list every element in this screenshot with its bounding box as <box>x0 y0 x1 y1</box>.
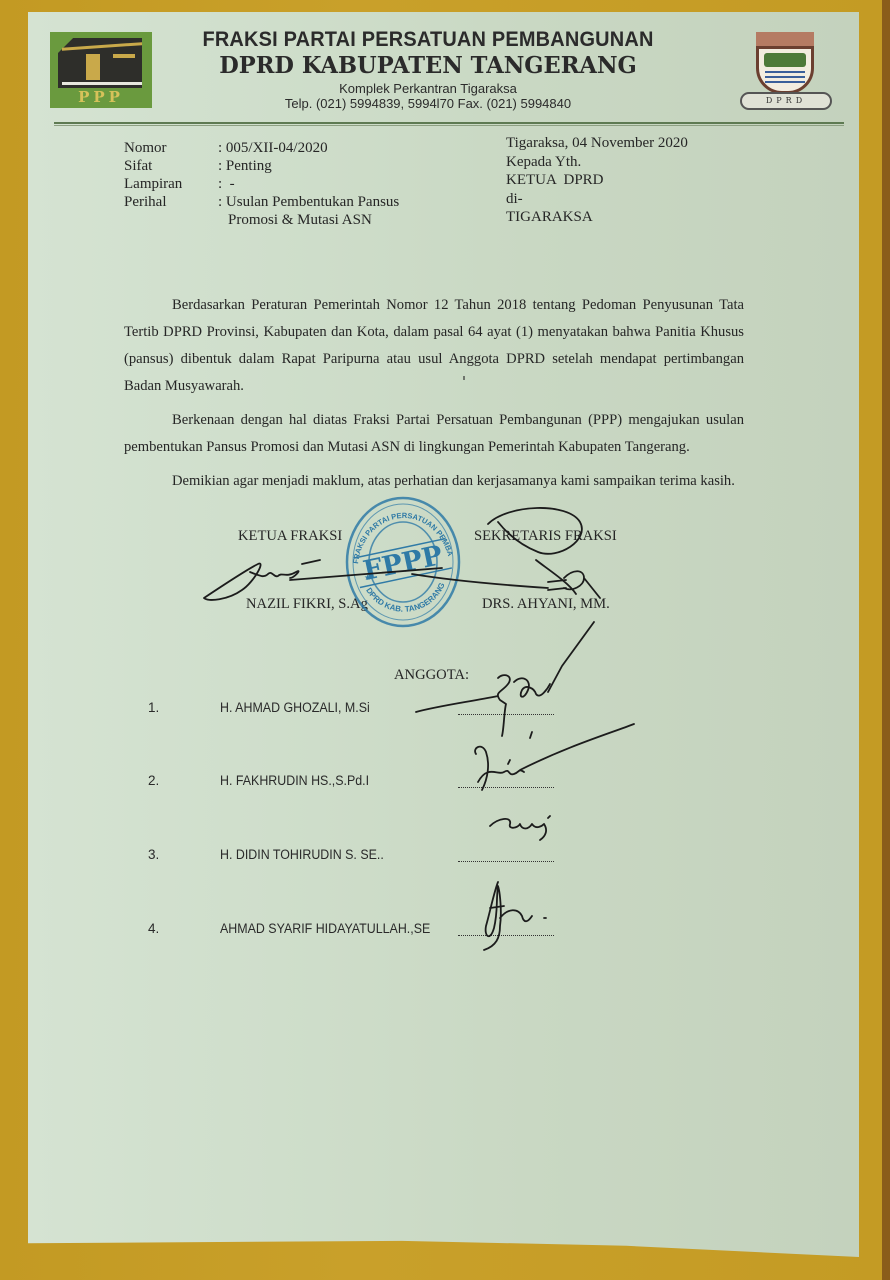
recipient-city: TIGARAKSA <box>506 208 688 227</box>
recipient: KETUA DPRD <box>506 171 688 190</box>
signature-line <box>458 787 554 788</box>
body-paragraph-3: Demikian agar menjadi maklum, atas perha… <box>124 468 744 495</box>
member-number: 1. <box>148 700 159 715</box>
member-name: H. DIDIN TOHIRUDIN S. SE.. <box>220 847 384 862</box>
recipient-address: Tigaraksa, 04 November 2020 Kepada Yth. … <box>506 134 688 227</box>
meta-row-nomor: Nomor : 005/XII-04/2020 <box>124 139 438 157</box>
letter-body: Berdasarkan Peraturan Pemerintah Nomor 1… <box>124 292 744 502</box>
member-number: 3. <box>148 847 159 862</box>
member2-signature-icon <box>475 724 634 790</box>
sekretaris-fraksi-name: DRS. AHYANI, MM. <box>482 596 610 613</box>
meta-value: : Penting <box>218 157 438 175</box>
contact-numbers: Telp. (021) 5994839, 5994l70 Fax. (021) … <box>158 96 698 111</box>
kabupaten-tangerang-crest-icon: DPRD <box>736 28 836 120</box>
letter-meta: Nomor : 005/XII-04/2020 Sifat : Penting … <box>124 139 438 229</box>
meta-label: Lampiran <box>124 175 218 193</box>
signature-line <box>458 714 554 715</box>
perihal-continuation: Promosi & Mutasi ASN <box>124 211 438 229</box>
recipient-di: di- <box>506 190 688 209</box>
institution-name: DPRD KABUPATEN TANGERANG <box>163 52 692 79</box>
member-number: 2. <box>148 773 159 788</box>
letter-page: PPP FRAKSI PARTAI PERSATUAN PEMBANGUNAN … <box>28 12 859 1257</box>
member-number: 4. <box>148 921 159 936</box>
svg-text:★: ★ <box>364 573 371 582</box>
meta-value: : - <box>218 175 438 193</box>
office-address: Komplek Perkantran Tigaraksa <box>158 81 698 96</box>
letterhead-text: FRAKSI PARTAI PERSATUAN PEMBANGUNAN DPRD… <box>158 28 698 111</box>
member-name: H. FAKHRUDIN HS.,S.Pd.I <box>220 773 369 788</box>
signature-line <box>458 935 554 936</box>
meta-label: Perihal <box>124 193 218 211</box>
crest-ribbon-text: DPRD <box>740 92 832 110</box>
member-name: H. AHMAD GHOZALI, M.Si <box>220 700 370 715</box>
place-date: Tigaraksa, 04 November 2020 <box>506 134 688 153</box>
meta-label: Sifat <box>124 157 218 175</box>
meta-label: Nomor <box>124 139 218 157</box>
anggota-heading: ANGGOTA: <box>394 667 469 684</box>
body-paragraph-2: Berkenaan dengan hal diatas Fraksi Parta… <box>124 407 744 461</box>
signature-line <box>458 861 554 862</box>
ketua-fraksi-title: KETUA FRAKSI <box>238 528 342 545</box>
member-name: AHMAD SYARIF HIDAYATULLAH.,SE <box>220 921 430 936</box>
body-paragraph-1: Berdasarkan Peraturan Pemerintah Nomor 1… <box>124 292 744 400</box>
meta-row-sifat: Sifat : Penting <box>124 157 438 175</box>
fppp-stamp-icon: FRAKSI PARTAI PERSATUAN PEMBANGUNAN DPRD… <box>344 494 462 630</box>
ppp-kaaba-logo-icon: PPP <box>50 32 152 108</box>
letterhead-divider <box>54 122 844 124</box>
member3-signature-icon <box>490 816 550 840</box>
sekretaris-fraksi-title: SEKRETARIS FRAKSI <box>474 528 617 545</box>
meta-value: : Usulan Pembentukan Pansus <box>218 193 438 211</box>
letterhead: PPP FRAKSI PARTAI PERSATUAN PEMBANGUNAN … <box>48 28 838 118</box>
ppp-logo-text: PPP <box>50 88 152 106</box>
member4-signature-icon <box>484 882 546 950</box>
letterhead-divider-thin <box>54 125 844 126</box>
stamp-center-text: FPPP <box>361 540 446 587</box>
table-edge <box>882 0 890 1280</box>
organization-name: FRAKSI PARTAI PERSATUAN PEMBANGUNAN <box>172 28 685 52</box>
meta-row-perihal: Perihal : Usulan Pembentukan Pansus <box>124 193 438 211</box>
meta-row-lampiran: Lampiran : - <box>124 175 438 193</box>
meta-value: : 005/XII-04/2020 <box>218 139 438 157</box>
salutation: Kepada Yth. <box>506 153 688 172</box>
